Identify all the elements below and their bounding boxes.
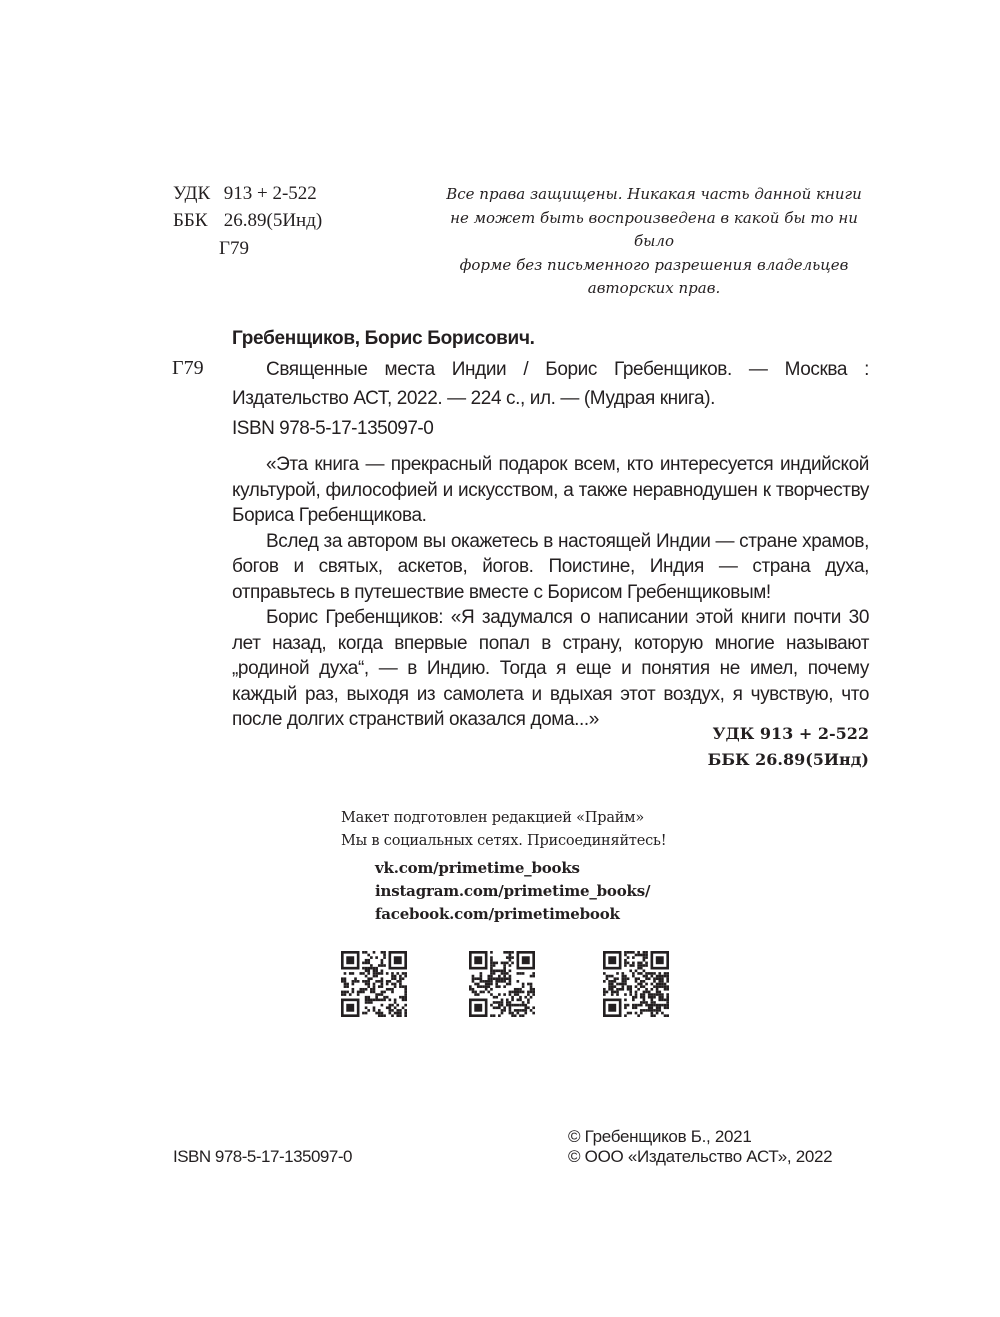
footer-isbn: ISBN 978-5-17-135097-0	[173, 1147, 352, 1167]
annotation: «Эта книга — прекрасный подарок всем, кт…	[232, 452, 869, 733]
record-author-mark: Г79	[172, 357, 204, 380]
author-mark: Г79	[219, 238, 249, 260]
rights-line: Все права защищены. Никакая часть данной…	[440, 183, 868, 207]
copyright-publisher: © ООО «Издательство АСТ», 2022	[568, 1147, 832, 1167]
annotation-paragraph: «Эта книга — прекрасный подарок всем, кт…	[232, 452, 869, 529]
instagram-link[interactable]: instagram.com/primetime_books/	[375, 882, 650, 900]
annotation-paragraph: Борис Гребенщиков: «Я задумался о написа…	[232, 605, 869, 733]
copyright-author: © Гребенщиков Б., 2021	[568, 1127, 751, 1147]
bbk-value: 26.89(5Инд)	[224, 210, 322, 231]
facebook-link[interactable]: facebook.com/primetimebook	[375, 905, 620, 923]
udk-label: УДК	[173, 183, 219, 205]
annotation-paragraph: Вслед за автором вы окажетесь в настояще…	[232, 529, 869, 606]
udk-line: УДК 913 + 2-522	[173, 183, 317, 205]
social-call: Мы в социальных сетях. Присоединяйтесь!	[341, 833, 666, 849]
bibliographic-description: Священные места Индии / Борис Гребенщико…	[232, 355, 869, 413]
rights-line: форме без письменного разрешения владель…	[440, 254, 868, 278]
record-isbn: ISBN 978-5-17-135097-0	[232, 418, 433, 440]
qr-code-vk[interactable]	[341, 951, 407, 1017]
description-text: Священные места Индии / Борис Гребенщико…	[232, 359, 869, 409]
bbk-line: ББК 26.89(5Инд)	[173, 210, 322, 232]
author-heading: Гребенщиков, Борис Борисович.	[232, 328, 535, 350]
rights-line: не может быть воспроизведена в какой бы …	[440, 207, 868, 254]
vk-link[interactable]: vk.com/primetime_books	[375, 859, 580, 877]
prepared-by: Макет подготовлен редакцией «Прайм»	[341, 810, 644, 826]
rights-notice: Все права защищены. Никакая часть данной…	[440, 183, 868, 301]
qr-code-facebook[interactable]	[603, 951, 669, 1017]
qr-code-instagram[interactable]	[469, 951, 535, 1017]
bbk-label: ББК	[173, 210, 219, 232]
bbk-footer: ББК 26.89(5Инд)	[708, 750, 869, 769]
udk-value: 913 + 2-522	[224, 183, 317, 204]
udk-footer: УДК 913 + 2-522	[713, 724, 869, 743]
rights-line: авторских прав.	[440, 277, 868, 301]
